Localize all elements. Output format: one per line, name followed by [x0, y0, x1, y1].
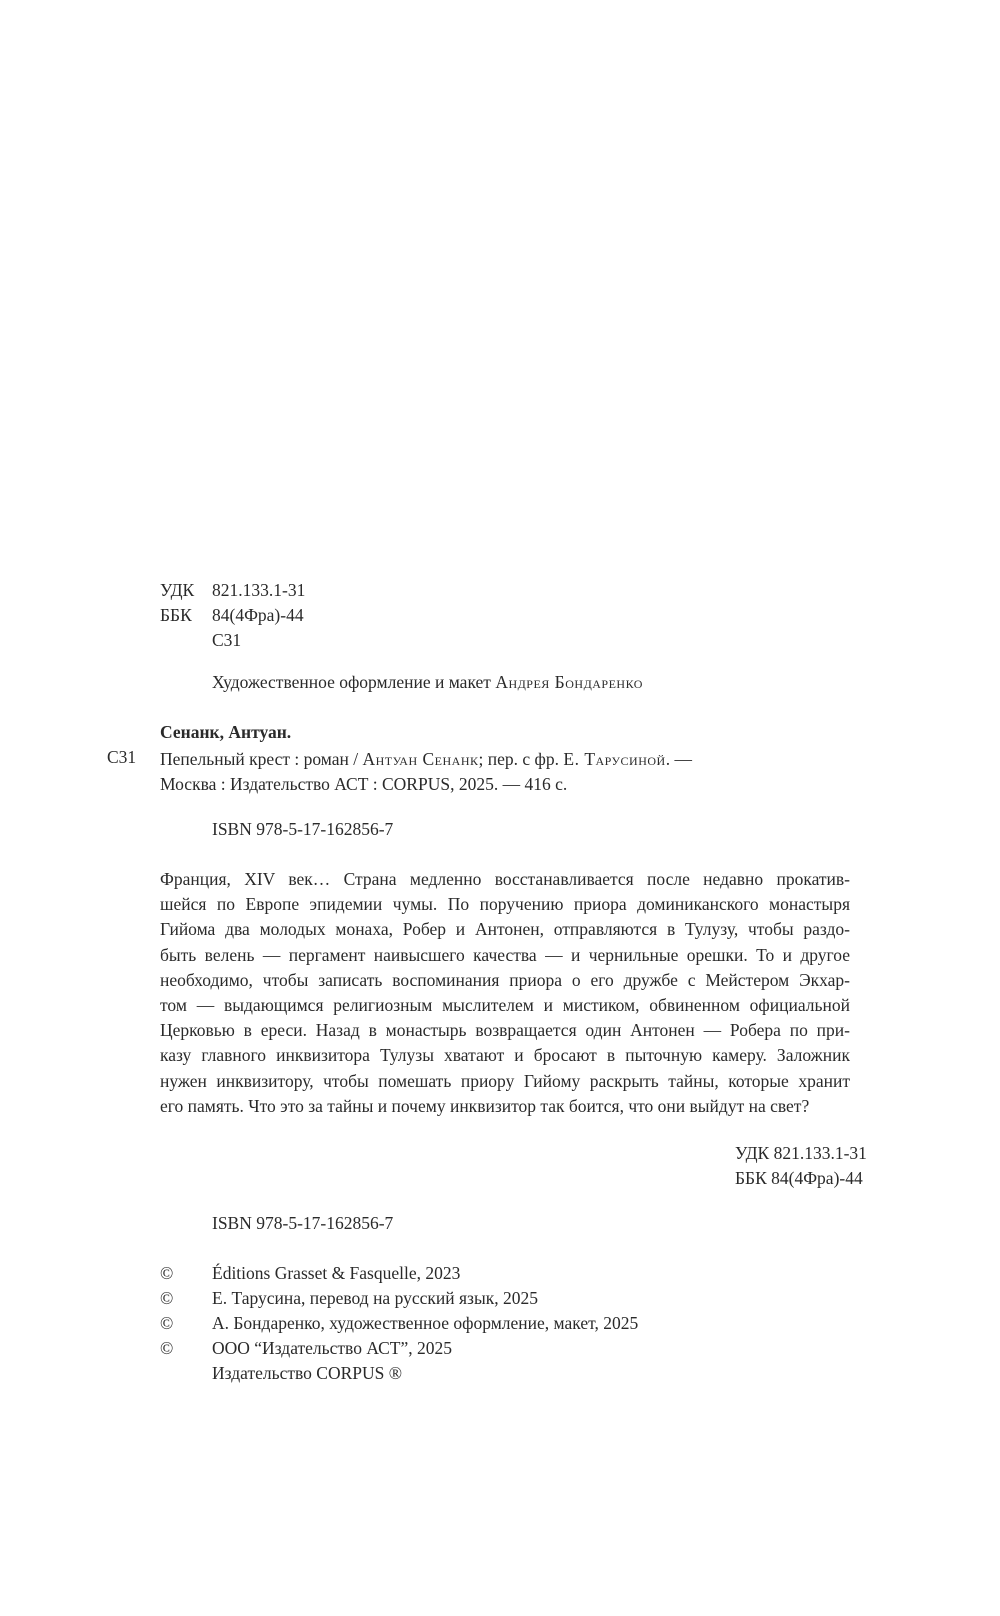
copyright-block: ©Éditions Grasset & Fasquelle, 2023 ©Е. … [160, 1261, 638, 1386]
annotation-line: нужен инквизитору, чтобы помешать приору… [160, 1069, 850, 1094]
udk-label: УДК [160, 578, 212, 603]
annotation: Франция, XIV век… Страна медленно восста… [160, 867, 850, 1119]
copyright-text: А. Бондаренко, художественное оформление… [212, 1313, 638, 1333]
copyright-icon: © [160, 1261, 212, 1286]
copyright-icon: © [160, 1286, 212, 1311]
isbn-top: ISBN 978-5-17-162856-7 [212, 819, 393, 840]
translation-prefix: ; пер. с фр. [479, 749, 564, 769]
annotation-line: Гийома два молодых монаха, Робер и Антон… [160, 917, 850, 942]
bbk-label: ББК [160, 603, 212, 628]
design-credit: Художественное оформление и макет Андрея… [212, 672, 643, 693]
annotation-line: его память. Что это за тайны и почему ин… [160, 1094, 850, 1119]
copyright-icon: © [160, 1311, 212, 1336]
copyright-text: Е. Тарусина, перевод на русский язык, 20… [212, 1288, 538, 1308]
udk-bottom: УДК 821.133.1-31 [735, 1141, 867, 1166]
bbk-bottom: ББК 84(4Фра)-44 [735, 1166, 867, 1191]
design-credit-text: Художественное оформление и макет [212, 672, 495, 692]
classification-block-bottom: УДК 821.133.1-31 ББК 84(4Фра)-44 [735, 1141, 867, 1191]
bibliographic-entry: Пепельный крест : роман / Антуан Сенанк;… [160, 747, 692, 797]
annotation-line: том — выдающимся религиозным мыслителем … [160, 993, 850, 1018]
copyright-row: ©Éditions Grasset & Fasquelle, 2023 [160, 1261, 638, 1286]
annotation-line: Церковью в ереси. Назад в монастырь возв… [160, 1018, 850, 1043]
book-author: Антуан Сенанк [362, 749, 478, 769]
annotation-line: шейся по Европе эпидемии чумы. По поруче… [160, 892, 850, 917]
author-sign-side: С31 [107, 747, 136, 768]
copyright-icon: © [160, 1336, 212, 1361]
annotation-line: казу главного инквизитора Тулузы хватают… [160, 1043, 850, 1068]
designer-name: Андрея Бондаренко [495, 672, 643, 692]
book-title: Пепельный крест : роман / [160, 749, 362, 769]
author-heading: Сенанк, Антуан. [160, 722, 291, 743]
udk-row: УДК821.133.1-31 [160, 578, 305, 603]
bib-line-2: Москва : Издательство АСТ : CORPUS, 2025… [160, 772, 692, 797]
copyright-row: Издательство CORPUS ® [160, 1361, 638, 1386]
annotation-line: Франция, XIV век… Страна медленно восста… [160, 867, 850, 892]
annotation-line: быть велень — пергамент наивысшего качес… [160, 943, 850, 968]
copyright-row: ©А. Бондаренко, художественное оформлени… [160, 1311, 638, 1336]
annotation-line: необходимо, чтобы записать воспоминания … [160, 968, 850, 993]
bbk-value: 84(4Фра)-44 [212, 605, 304, 625]
bib-line-1-end: . — [666, 749, 692, 769]
copyright-row: ©Е. Тарусина, перевод на русский язык, 2… [160, 1286, 638, 1311]
udk-value: 821.133.1-31 [212, 580, 305, 600]
author-sign: С31 [160, 628, 305, 653]
bib-line-1: Пепельный крест : роман / Антуан Сенанк;… [160, 747, 692, 772]
bbk-row: ББК84(4Фра)-44 [160, 603, 305, 628]
publisher-imprint: Издательство CORPUS ® [212, 1363, 402, 1383]
translator: Е. Тарусиной [563, 749, 665, 769]
copyright-text: Éditions Grasset & Fasquelle, 2023 [212, 1263, 460, 1283]
classification-block-top: УДК821.133.1-31 ББК84(4Фра)-44 С31 [160, 578, 305, 653]
copyright-text: ООО “Издательство АСТ”, 2025 [212, 1338, 452, 1358]
copyright-row: ©ООО “Издательство АСТ”, 2025 [160, 1336, 638, 1361]
isbn-bottom: ISBN 978-5-17-162856-7 [212, 1213, 393, 1234]
